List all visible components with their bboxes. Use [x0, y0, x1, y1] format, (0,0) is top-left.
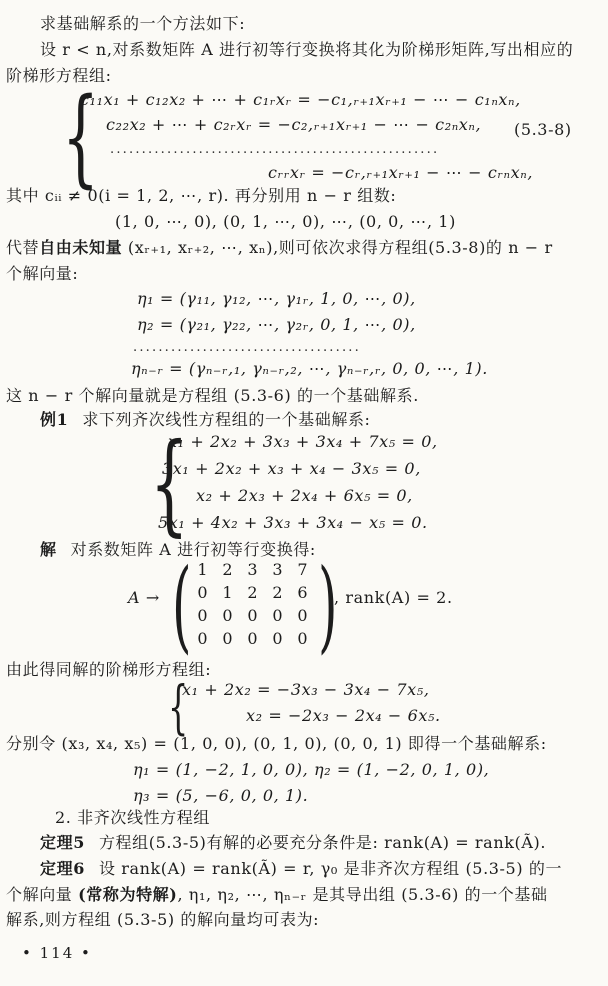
rank-statement: , rank(A) = 2.: [334, 588, 453, 608]
equation-number-538: (5.3-8): [514, 120, 572, 140]
solution-vectors-lead-in: 个解向量:: [6, 264, 78, 284]
matrix-cell: 0: [215, 627, 240, 650]
section-2-heading: 2. 非齐次线性方程组: [55, 808, 210, 828]
example-1-label: 例1: [40, 410, 68, 429]
matrix-cell: 7: [290, 558, 315, 581]
solution-label: 解: [40, 540, 57, 559]
equation-row: x₁ + 2x₂ + 3x₃ + 3x₄ + 7x₅ = 0,: [168, 432, 438, 452]
matrix-cell: 0: [190, 581, 215, 604]
matrix-cell: 1: [190, 558, 215, 581]
fundamental-system-conclusion: 这 n − r 个解向量就是方程组 (5.3-6) 的一个基础解系.: [6, 386, 419, 406]
matrix-cell: 6: [290, 581, 315, 604]
equation-row: 3x₁ + 2x₂ + x₃ + x₄ − 3x₅ = 0,: [162, 459, 421, 479]
eta1-vector-row: η₁ = (γ₁₁, γ₁₂, ⋯, γ₁ᵣ, 1, 0, ⋯, 0),: [137, 289, 416, 309]
matrix-cell: 0: [290, 604, 315, 627]
matrix-cell: 0: [265, 627, 290, 650]
unit-tuples-line: (1, 0, ⋯, 0), (0, 1, ⋯, 0), ⋯, (0, 0, ⋯,…: [115, 212, 456, 232]
eta1-eta2-values: η₁ = (1, −2, 1, 0, 0), η₂ = (1, −2, 0, 1…: [133, 760, 489, 780]
particular-solution-term: (常称为特解): [78, 885, 177, 904]
equation-row: 5x₁ + 4x₂ + 3x₃ + 3x₄ − x₅ = 0.: [158, 513, 428, 533]
solution-title: 对系数矩阵 A 进行初等行变换得:: [71, 540, 316, 559]
substitute-free-unknowns-line: 代替自由未知量 (xᵣ₊₁, xᵣ₊₂, ⋯, xₙ),则可依次求得方程组(5.…: [6, 238, 553, 258]
equation-row: x₂ = −2x₃ − 2x₄ − 6x₅.: [246, 706, 441, 726]
ellipsis-row: ....................................: [133, 338, 361, 358]
matrix-cell: 0: [215, 604, 240, 627]
matrix-cell: 2: [240, 581, 265, 604]
matrix-cell: 1: [215, 581, 240, 604]
matrix-lead-arrow: A →: [128, 588, 160, 608]
matrix-cell: 0: [240, 627, 265, 650]
eta-n-minus-r-vector-row: ηₙ₋ᵣ = (γₙ₋ᵣ,₁, γₙ₋ᵣ,₂, ⋯, γₙ₋ᵣ,ᵣ, 0, 0,…: [131, 359, 488, 379]
theorem-6-text: 设 rank(A) = rank(Ã) = r, γ₀ 是非齐次方程组 (5.3…: [99, 859, 562, 878]
matrix-cell: 3: [265, 558, 290, 581]
matrix-cell: 0: [190, 604, 215, 627]
equation-row: x₂ + 2x₃ + 2x₄ + 6x₅ = 0,: [196, 486, 413, 506]
theorem-5: 定理5方程组(5.3-5)有解的必要充分条件是: rank(A) = rank(…: [40, 833, 546, 853]
method-intro-line: 求基础解系的一个方法如下:: [40, 14, 245, 34]
matrix-cell: 0: [190, 627, 215, 650]
method-setup-line: 设 r < n,对系数矩阵 A 进行初等行变换将其化为阶梯形矩阵,写出相应的: [40, 40, 573, 60]
equation-row: c₁₁x₁ + c₁₂x₂ + ⋯ + c₁ᵣxᵣ = −c₁,ᵣ₊₁xᵣ₊₁ …: [80, 90, 521, 110]
eta2-vector-row: η₂ = (γ₂₁, γ₂₂, ⋯, γ₂ᵣ, 0, 1, ⋯, 0),: [137, 315, 416, 335]
matrix-left-paren: [172, 556, 192, 656]
matrix-cell: 0: [290, 627, 315, 650]
nonzero-coeff-line: 其中 cᵢᵢ ≠ 0(i = 1, 2, ⋯, r). 再分别用 n − r 组…: [6, 186, 396, 206]
matrix: 12337 01226 00000 00000: [190, 558, 315, 650]
ellipsis-row: ........................................…: [110, 140, 439, 160]
equation-row: c₂₂x₂ + ⋯ + c₂ᵣxᵣ = −c₂,ᵣ₊₁xᵣ₊₁ − ⋯ − c₂…: [106, 115, 481, 135]
theorem-6-line-3: 解系,则方程组 (5.3-5) 的解向量均可表为:: [6, 910, 319, 930]
scanned-textbook-page: 求基础解系的一个方法如下: 设 r < n,对系数矩阵 A 进行初等行变换将其化…: [0, 0, 608, 986]
theorem-5-text: 方程组(5.3-5)有解的必要充分条件是: rank(A) = rank(Ã).: [99, 833, 546, 852]
free-unknowns-term: 自由未知量: [39, 238, 122, 257]
example-1-title: 求下列齐次线性方程组的一个基础解系:: [82, 410, 370, 429]
page-number: • 114 •: [22, 944, 92, 962]
equation-row: cᵣᵣxᵣ = −cᵣ,ᵣ₊₁xᵣ₊₁ − ⋯ − cᵣₙxₙ,: [268, 163, 533, 183]
eta3-value: η₃ = (5, −6, 0, 0, 1).: [133, 786, 308, 806]
matrix-cell: 2: [215, 558, 240, 581]
text-segment: , η₁, η₂, ⋯, ηₙ₋ᵣ 是其导出组 (5.3-6) 的一个基础: [177, 885, 547, 904]
matrix-cell: 0: [265, 604, 290, 627]
assignment-line: 分别令 (x₃, x₄, x₅) = (1, 0, 0), (0, 1, 0),…: [6, 734, 547, 754]
matrix-cell: 3: [240, 558, 265, 581]
matrix-cell: 0: [240, 604, 265, 627]
text-segment: 个解向量: [6, 885, 78, 904]
matrix-cell: 2: [265, 581, 290, 604]
theorem-6-line-2: 个解向量 (常称为特解), η₁, η₂, ⋯, ηₙ₋ᵣ 是其导出组 (5.3…: [6, 885, 548, 905]
theorem-6-label: 定理6: [40, 859, 85, 878]
example-1-heading: 例1求下列齐次线性方程组的一个基础解系:: [40, 410, 371, 430]
equation-row: x₁ + 2x₂ = −3x₃ − 3x₄ − 7x₅,: [182, 680, 430, 700]
text-segment: 代替: [6, 238, 39, 257]
theorem-5-label: 定理5: [40, 833, 85, 852]
text-segment: (xᵣ₊₁, xᵣ₊₂, ⋯, xₙ),则可依次求得方程组(5.3-8)的 n …: [122, 238, 553, 257]
theorem-6-line-1: 定理6设 rank(A) = rank(Ã) = r, γ₀ 是非齐次方程组 (…: [40, 859, 562, 879]
